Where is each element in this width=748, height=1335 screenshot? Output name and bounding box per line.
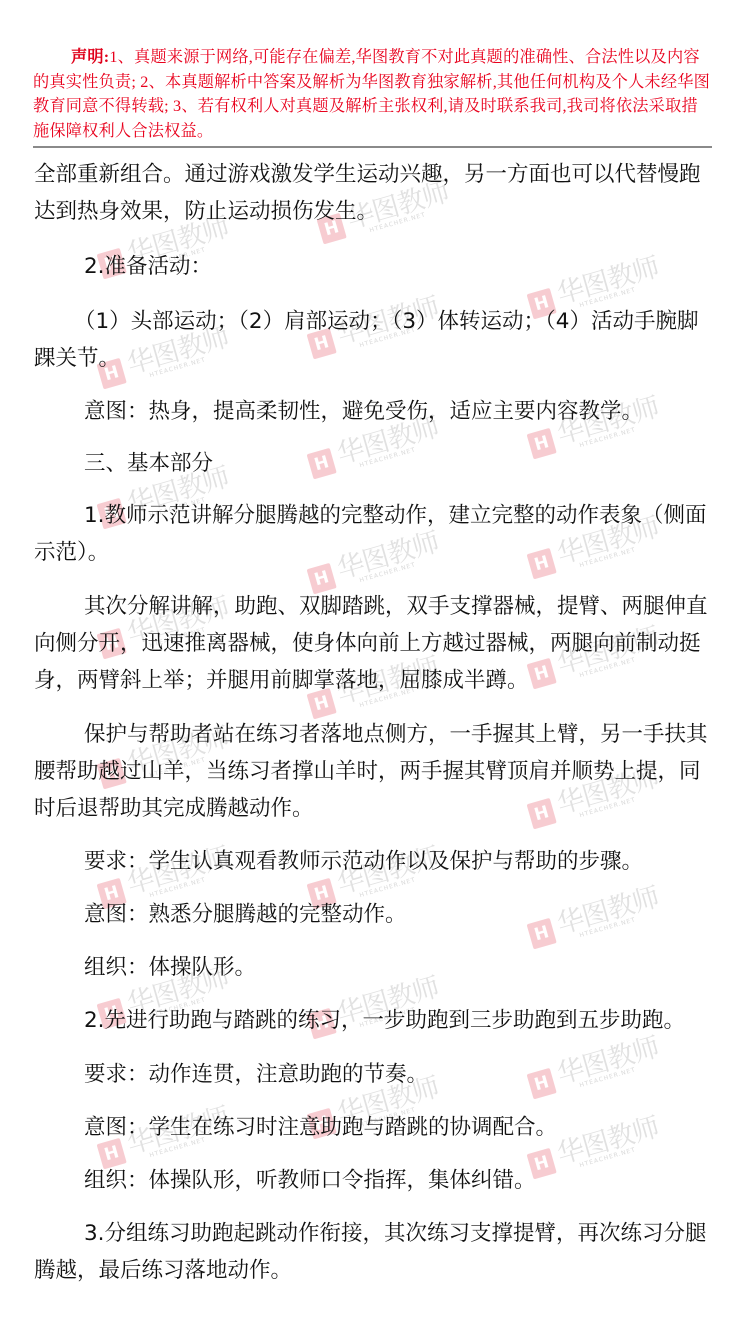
paragraph-prep-heading: 2.准备活动：	[34, 248, 714, 285]
paragraph-breakdown: 其次分解讲解，助跑、双脚踏跳，双手支撑器械，提臂、两腿伸直向侧分开，迅速推离器械…	[34, 588, 714, 699]
paragraph-prep-intent: 意图：热身，提高柔韧性，避免受伤，适应主要内容教学。	[34, 393, 714, 430]
disclaimer-text: 1、真题来源于网络,可能存在偏差,华图教育不对此真题的准确性、合法性以及内容的真…	[33, 48, 710, 140]
disclaimer-label: 声明:	[71, 48, 109, 66]
disclaimer-notice: 声明:1、真题来源于网络,可能存在偏差,华图教育不对此真题的准确性、合法性以及内…	[33, 45, 713, 143]
paragraph-prep-list: （1）头部运动；（2）肩部运动；（3）体转运动；（4）活动手腕脚踝关节。	[34, 303, 714, 377]
paragraph-requirement-1: 要求：学生认真观看教师示范动作以及保护与帮助的步骤。	[34, 843, 714, 880]
document-page: 声明:1、真题来源于网络,可能存在偏差,华图教育不对此真题的准确性、合法性以及内…	[0, 0, 748, 1335]
paragraph-organization-1: 组织：体操队形。	[34, 949, 714, 986]
paragraph-intro: 全部重新组合。通过游戏激发学生运动兴趣，另一方面也可以代替慢跑达到热身效果，防止…	[34, 156, 714, 230]
paragraph-spotting: 保护与帮助者站在练习者落地点侧方，一手握其上臂，另一手扶其腰帮助越过山羊，当练习…	[34, 716, 714, 827]
document-body: 全部重新组合。通过游戏激发学生运动兴趣，另一方面也可以代替慢跑达到热身效果，防止…	[34, 156, 714, 1289]
section-heading-basic: 三、基本部分	[34, 445, 714, 482]
paragraph-intent-2: 意图：学生在练习时注意助跑与踏跳的协调配合。	[34, 1109, 714, 1146]
paragraph-demo: 1.教师示范讲解分腿腾越的完整动作，建立完整的动作表象（侧面示范）。	[34, 497, 714, 571]
paragraph-requirement-2: 要求：动作连贯，注意助跑的节奏。	[34, 1056, 714, 1093]
paragraph-step-2: 2.先进行助跑与踏跳的练习，一步助跑到三步助跑到五步助跑。	[34, 1002, 714, 1039]
header-separator	[33, 146, 712, 148]
paragraph-intent-1: 意图：熟悉分腿腾越的完整动作。	[34, 896, 714, 933]
paragraph-step-3: 3.分组练习助跑起跳动作衔接，其次练习支撑提臂，再次练习分腿腾越，最后练习落地动…	[34, 1215, 714, 1289]
paragraph-organization-2: 组织：体操队形，听教师口令指挥，集体纠错。	[34, 1162, 714, 1199]
